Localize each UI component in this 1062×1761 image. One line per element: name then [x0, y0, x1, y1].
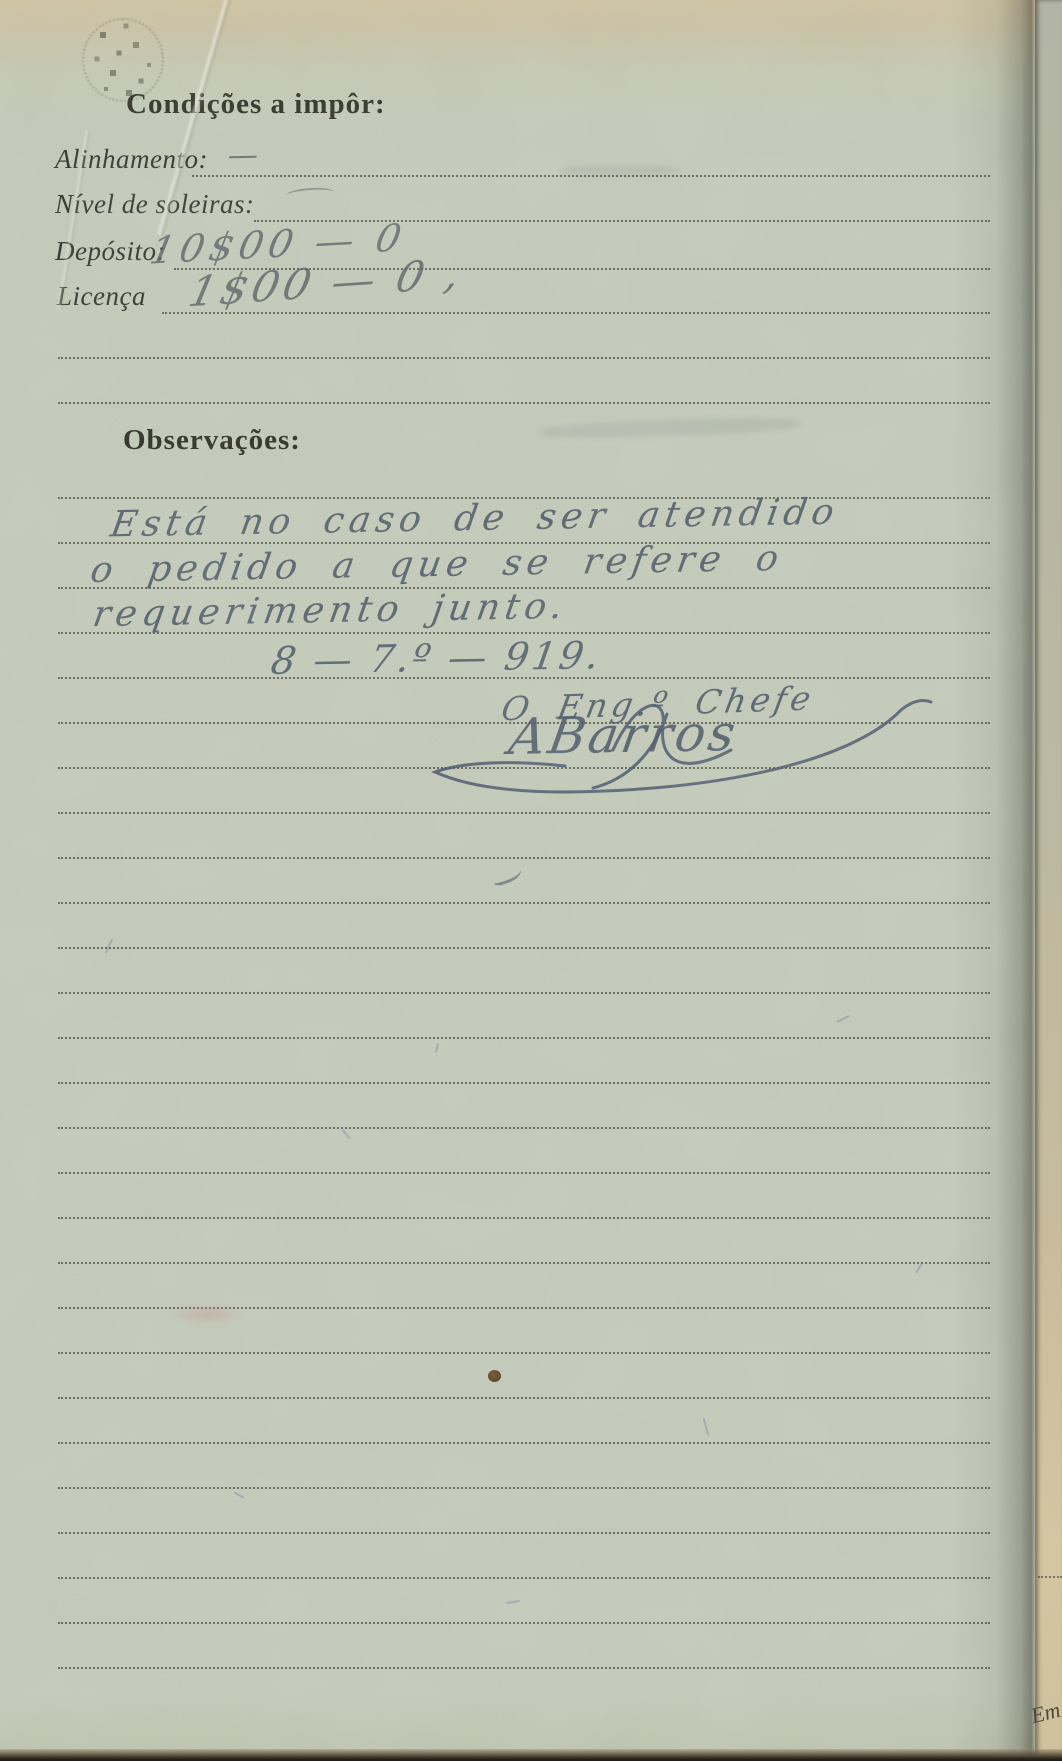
field-label-nivel-de-soleiras: Nível de soleiras: — [55, 189, 254, 220]
dotted-rule — [58, 357, 990, 359]
observation-line-1: Está no caso de ser atendido — [108, 492, 842, 546]
dotted-rule — [58, 947, 990, 949]
dotted-rule — [162, 312, 990, 314]
dotted-rule — [58, 1172, 990, 1174]
pink-smudge — [168, 1303, 248, 1325]
paper-fiber — [506, 1600, 520, 1604]
dotted-rule — [58, 1577, 990, 1579]
paper-fiber — [435, 1043, 439, 1053]
dotted-rule — [58, 1667, 990, 1669]
dotted-rule — [58, 992, 990, 994]
scanned-document-page: Condições a impôr: Observações: Alinhame… — [0, 0, 1062, 1761]
paper-fiber — [233, 1491, 244, 1499]
observation-line-2: o pedido a que se refere o — [88, 538, 787, 591]
dotted-rule — [58, 1217, 990, 1219]
ghost-ink-bleed-2 — [560, 166, 680, 176]
field-value-alinhamento: — — [225, 138, 261, 174]
pencil-mark-nivel — [286, 186, 335, 201]
dotted-rule — [58, 1127, 990, 1129]
ink-blot — [488, 1370, 501, 1382]
dotted-rule — [58, 1037, 990, 1039]
ghost-ink-bleed — [540, 415, 800, 440]
paper-fiber — [105, 938, 113, 953]
signature-name: ABarros — [505, 704, 742, 766]
observations-heading: Observações: — [123, 424, 301, 457]
field-label-licenca: Licença — [57, 281, 146, 312]
dotted-rule — [58, 902, 990, 904]
paper-fiber — [836, 1015, 850, 1023]
observation-date: 8 — 7.º — 919. — [268, 633, 605, 683]
signature: ABarros — [415, 688, 935, 818]
next-page-rule-fragment — [1038, 1576, 1062, 1578]
next-page-edge — [1035, 0, 1062, 1761]
dotted-rule — [58, 402, 990, 404]
dotted-rule — [58, 1352, 990, 1354]
stray-ink-mark — [490, 864, 523, 888]
dotted-rule — [58, 857, 990, 859]
dotted-rule — [58, 1532, 990, 1534]
dotted-rule — [58, 1397, 990, 1399]
scan-bottom-edge — [0, 1749, 1062, 1761]
dotted-rule — [58, 1622, 990, 1624]
conditions-heading: Condições a impôr: — [126, 88, 386, 121]
dotted-rule — [58, 1082, 990, 1084]
observation-line-3: requerimento junto. — [90, 586, 570, 635]
paper-fiber — [341, 1129, 350, 1139]
paper-fiber — [915, 1262, 923, 1273]
dotted-rule — [58, 1487, 990, 1489]
dotted-rule — [58, 1262, 990, 1264]
stamp-speckles — [0, 0, 2, 2]
stamp-remnant — [82, 18, 164, 102]
paper-fiber — [703, 1418, 710, 1436]
dotted-rule — [58, 1442, 990, 1444]
